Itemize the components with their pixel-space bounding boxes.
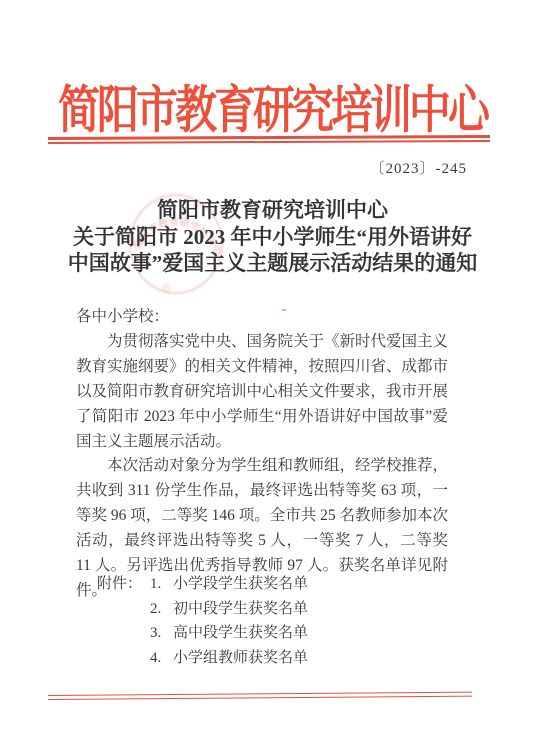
- title-line-2: 关于简阳市 2023 年中小学师生“用外语讲好: [30, 224, 515, 251]
- attachment-2-title: 初中段学生获奖名单: [173, 597, 308, 622]
- attachment-4-title: 小学组教师获奖名单: [173, 646, 308, 671]
- document-number: 〔2023〕-245: [370, 157, 468, 178]
- attachment-item-3: 3. 高中段学生获奖名单: [150, 621, 308, 646]
- attachments-label: 附件：: [97, 572, 142, 670]
- attachment-item-2: 2. 初中段学生获奖名单: [150, 597, 308, 622]
- title-line-1: 简阳市教育研究培训中心: [30, 197, 515, 224]
- attachments-list: 1. 小学段学生获奖名单 2. 初中段学生获奖名单 3. 高中段学生获奖名单 4…: [150, 572, 308, 670]
- footer-double-rule: [48, 692, 472, 700]
- body-paragraph-1: 为贯彻落实党中央、国务院关于《新时代爱国主义教育实施纲要》的相关文件精神，按照四…: [76, 330, 448, 455]
- document-title: 简阳市教育研究培训中心 关于简阳市 2023 年中小学师生“用外语讲好 中国故事…: [30, 197, 515, 277]
- attachment-3-title: 高中段学生获奖名单: [173, 621, 308, 646]
- document-body: 各中小学校： 为贯彻落实党中央、国务院关于《新时代爱国主义教育实施纲要》的相关文…: [76, 305, 448, 604]
- attachment-item-4: 4. 小学组教师获奖名单: [150, 646, 308, 671]
- document-page: 简阳市教育研究培训中心 〔2023〕-245 简阳市教育研究培训中心 简阳市教育…: [0, 0, 545, 739]
- title-line-3: 中国故事”爱国主义主题展示活动结果的通知: [30, 250, 515, 277]
- attachment-1-number: 1.: [150, 572, 164, 597]
- letterhead-org-name: 简阳市教育研究培训中心: [58, 70, 487, 143]
- attachment-4-number: 4.: [150, 646, 164, 671]
- attachment-1-title: 小学段学生获奖名单: [173, 572, 308, 597]
- attachment-3-number: 3.: [150, 621, 164, 646]
- salutation: 各中小学校：: [76, 305, 448, 330]
- attachments-section: 附件： 1. 小学段学生获奖名单 2. 初中段学生获奖名单 3. 高中段学生获奖…: [97, 572, 308, 670]
- attachment-item-1: 1. 小学段学生获奖名单: [150, 572, 308, 597]
- attachment-2-number: 2.: [150, 597, 164, 622]
- letterhead: 简阳市教育研究培训中心: [0, 70, 545, 130]
